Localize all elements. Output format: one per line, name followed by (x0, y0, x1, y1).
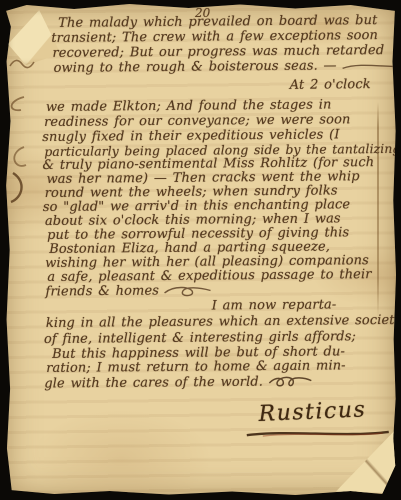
line-text: gle with the cares of the world. (44, 375, 263, 392)
signature-text: Rusticus (258, 397, 367, 427)
margin-ink-smudge-icon (9, 170, 31, 206)
manuscript-page: 20 The malady which prevailed on board w… (3, 2, 398, 498)
line-text: king in all the pleasures which an exten… (46, 313, 401, 331)
manuscript-photo: 20 The malady which prevailed on board w… (0, 0, 401, 500)
letter-body: The malady which prevailed on board was … (39, 0, 393, 498)
margin-ink-smudge-icon (4, 94, 28, 116)
manuscript-line: friends & homes (45, 282, 213, 299)
line-text: I am now reparta- (212, 297, 337, 313)
manuscript-line: I am now reparta- (212, 297, 337, 313)
margin-ink-smudge-icon (7, 54, 37, 72)
loop-flourish-icon (163, 282, 213, 298)
loop-flourish-icon (267, 374, 313, 390)
flourish-icon (341, 59, 401, 72)
manuscript-line: owing to the rough & boisterous seas. — (54, 58, 401, 76)
line-text: At 2 o'clock (290, 77, 371, 93)
line-text: friends & homes (45, 283, 159, 299)
manuscript-line: gle with the cares of the world. (44, 374, 313, 392)
signature-flourish-icon (243, 427, 393, 440)
manuscript-line: king in all the pleasures which an exten… (46, 313, 401, 331)
time-note: At 2 o'clock (290, 77, 371, 93)
line-text: owing to the rough & boisterous seas. — (54, 58, 337, 75)
signature: Rusticus (258, 397, 367, 427)
